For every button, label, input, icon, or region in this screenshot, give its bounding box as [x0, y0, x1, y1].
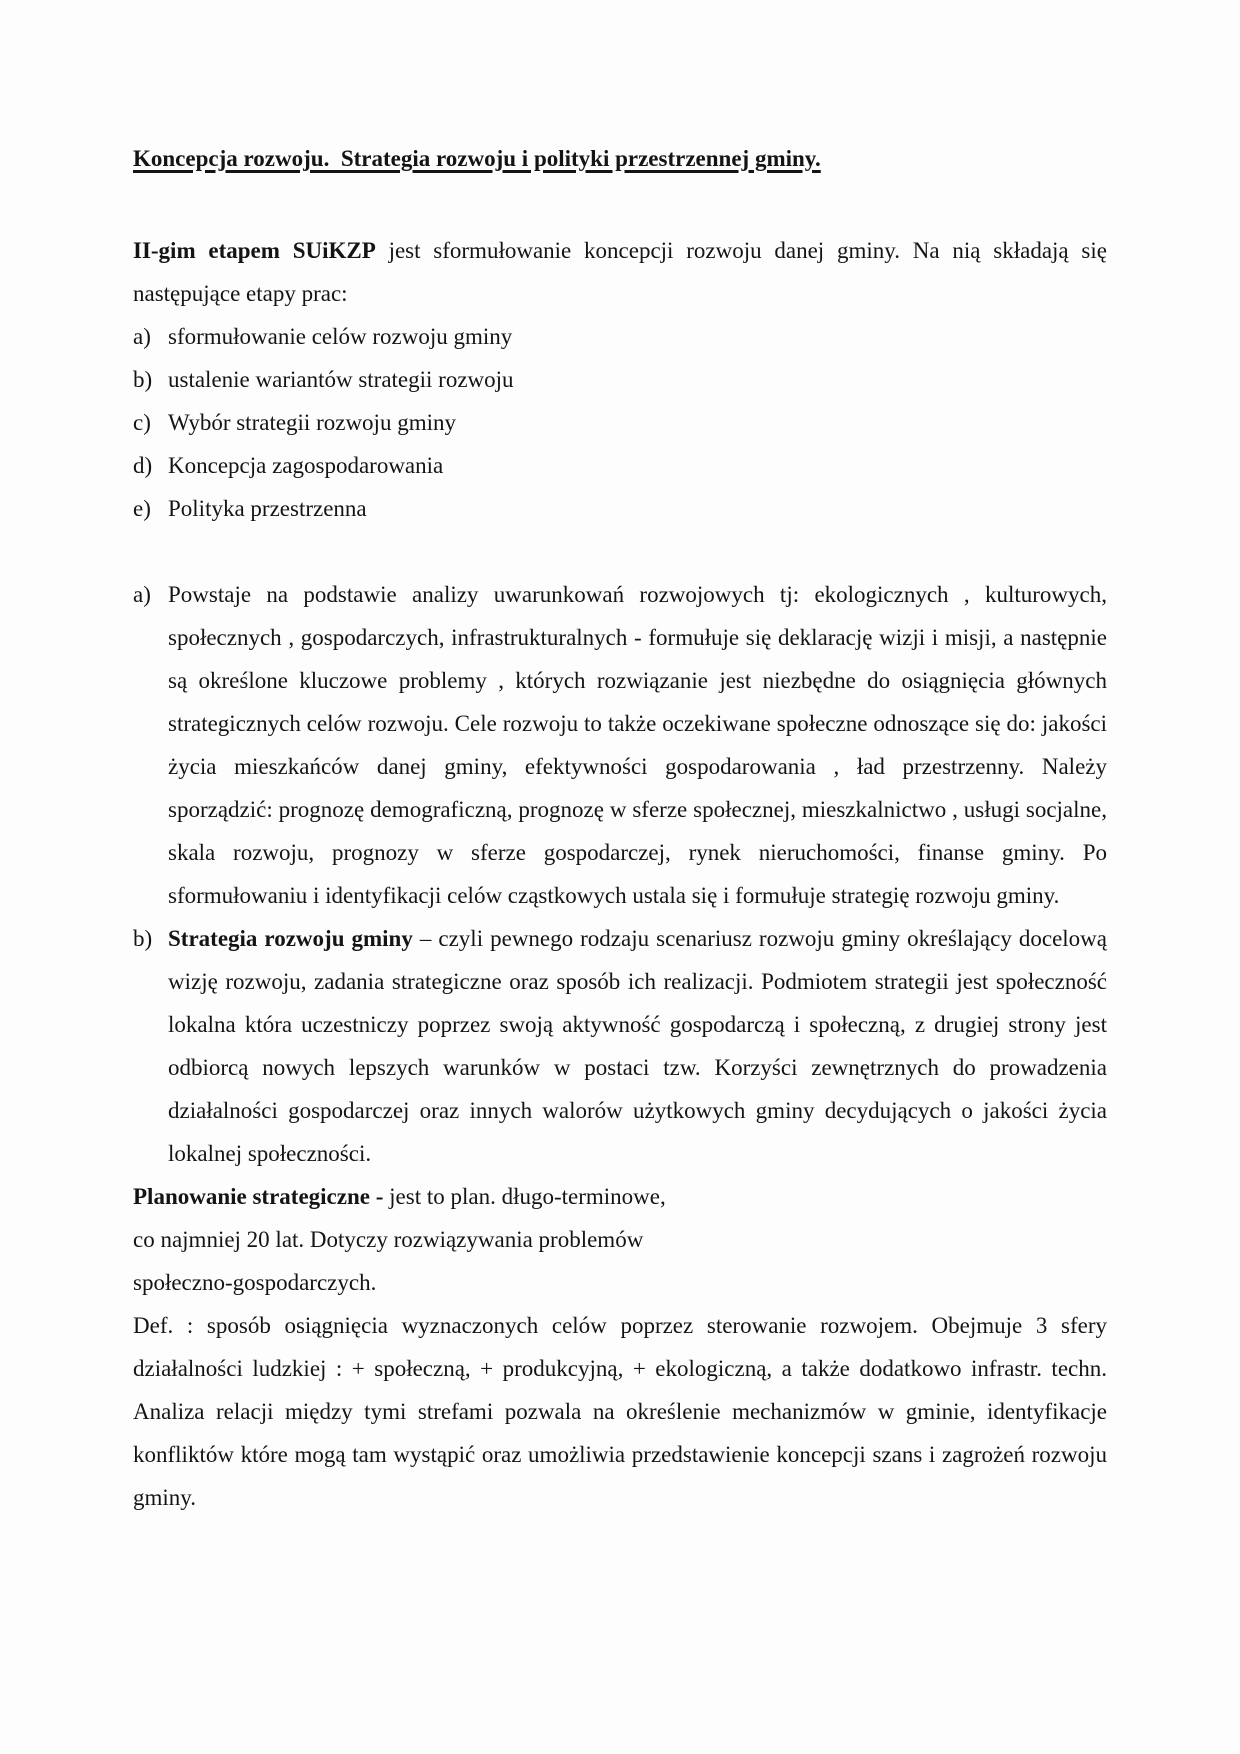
document-page: Koncepcja rozwoju. Strategia rozwoju i p…	[0, 0, 1240, 1754]
stage-marker: e)	[133, 487, 168, 530]
stage-text: Koncepcja zagospodarowania	[168, 444, 1107, 487]
planning-text: jest to plan. długo-terminowe,	[383, 1184, 665, 1209]
stages-list: a) sformułowanie celów rozwoju gminy b) …	[133, 315, 1107, 530]
detail-marker: a)	[133, 573, 168, 616]
document-title: Koncepcja rozwoju. Strategia rozwoju i p…	[133, 137, 1107, 180]
detail-item-a: a) Powstaje na podstawie analizy uwarunk…	[133, 573, 1107, 917]
detail-bold-lead: Strategia rozwoju gminy	[168, 926, 413, 951]
stage-marker: d)	[133, 444, 168, 487]
stage-marker: b)	[133, 358, 168, 401]
intro-bold-lead: II-gim etapem SUiKZP	[133, 238, 376, 263]
detail-text: – czyli pewnego rodzaju scenariusz rozwo…	[168, 926, 1107, 1166]
stage-marker: c)	[133, 401, 168, 444]
planning-bold-lead: Planowanie strategiczne -	[133, 1184, 383, 1209]
detail-marker: b)	[133, 917, 168, 960]
detail-item-b: b) Strategia rozwoju gminy – czyli pewne…	[133, 917, 1107, 1175]
planning-line-3: społeczno-gospodarczych.	[133, 1261, 1107, 1304]
planning-paragraph: Planowanie strategiczne - jest to plan. …	[133, 1175, 1107, 1218]
definition-paragraph: Def. : sposób osiągnięcia wyznaczonych c…	[133, 1304, 1107, 1519]
stage-item: c) Wybór strategii rozwoju gminy	[133, 401, 1107, 444]
detail-body-a: Powstaje na podstawie analizy uwarunkowa…	[168, 573, 1107, 917]
intro-paragraph: II-gim etapem SUiKZP jest sformułowanie …	[133, 229, 1107, 315]
stage-item: d) Koncepcja zagospodarowania	[133, 444, 1107, 487]
stage-marker: a)	[133, 315, 168, 358]
stage-text: Wybór strategii rozwoju gminy	[168, 401, 1107, 444]
stage-item: a) sformułowanie celów rozwoju gminy	[133, 315, 1107, 358]
planning-line-2: co najmniej 20 lat. Dotyczy rozwiązywani…	[133, 1218, 1107, 1261]
stage-text: sformułowanie celów rozwoju gminy	[168, 315, 1107, 358]
stage-text: Polityka przestrzenna	[168, 487, 1107, 530]
stage-item: b) ustalenie wariantów strategii rozwoju	[133, 358, 1107, 401]
detail-body-b: Strategia rozwoju gminy – czyli pewnego …	[168, 917, 1107, 1175]
stage-item: e) Polityka przestrzenna	[133, 487, 1107, 530]
detail-list: a) Powstaje na podstawie analizy uwarunk…	[133, 573, 1107, 1175]
stage-text: ustalenie wariantów strategii rozwoju	[168, 358, 1107, 401]
